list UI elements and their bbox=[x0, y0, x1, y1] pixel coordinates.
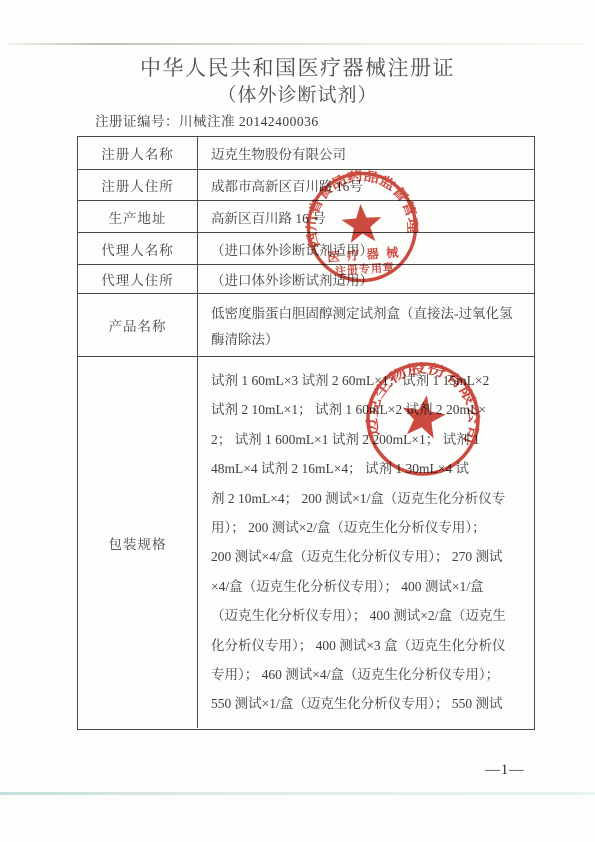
packaging-spec-line: 用）； 200 测试×2/盒（迈克生化分析仪专用）； bbox=[211, 513, 486, 542]
authority-seal: 四川省食品药品监督管理局 医 疗 器 械 注册专用章 bbox=[292, 157, 433, 298]
row-label: 产品名称 bbox=[78, 294, 198, 356]
packaging-spec-line: 200 测试×4/盒（迈克生化分析仪专用）； 270 测试 bbox=[211, 542, 503, 571]
registration-number-label: 注册证编号： bbox=[95, 114, 179, 129]
product-name-line: 低密度脂蛋白胆固醇测定试剂盒（直接法-过氧化氢 bbox=[211, 301, 513, 327]
packaging-spec-line: ×4/盒（迈克生化分析仪专用）； 400 测试×1/盒 bbox=[211, 572, 483, 601]
certificate-page: 中华人民共和国医疗器械注册证 （体外诊断试剂） 注册证编号：川械注准 20142… bbox=[0, 0, 595, 842]
product-name-line: 酶清除法） bbox=[211, 327, 279, 353]
star-icon bbox=[340, 203, 383, 244]
star-icon bbox=[399, 392, 449, 440]
row-label: 代理人名称 bbox=[78, 233, 198, 264]
certificate-subtitle: （体外诊断试剂） bbox=[0, 80, 595, 107]
row-label: 注册人名称 bbox=[78, 137, 198, 169]
company-seal: 迈克生物股份有限公司 bbox=[345, 341, 501, 497]
scan-artifact-line-top bbox=[8, 43, 585, 45]
table-row-product-name: 产品名称 低密度脂蛋白胆固醇测定试剂盒（直接法-过氧化氢 酶清除法） bbox=[78, 294, 534, 357]
certificate-title: 中华人民共和国医疗器械注册证 bbox=[0, 52, 595, 82]
packaging-spec-line: 专用）； 460 测试×4/盒（迈克生化分析仪专用）； bbox=[211, 660, 499, 689]
row-label: 代理人住所 bbox=[78, 265, 198, 293]
row-label: 生产地址 bbox=[78, 201, 198, 232]
row-label: 注册人住所 bbox=[78, 170, 198, 200]
packaging-spec-line: 550 测试×1/盒（迈克生化分析仪专用）； 550 测试 bbox=[211, 689, 503, 718]
packaging-spec-line: （迈克生化分析仪专用）； 400 测试×2/盒（迈克生 bbox=[211, 601, 506, 630]
packaging-spec-line: 化分析仪专用）； 400 测试×3 盒（迈克生化分析仪 bbox=[211, 631, 506, 660]
scan-artifact-line-bottom bbox=[0, 792, 595, 795]
registration-number-value: 川械注准 20142400036 bbox=[179, 114, 319, 129]
row-label: 包装规格 bbox=[78, 357, 198, 728]
page-number: —1— bbox=[455, 762, 555, 779]
registration-number-line: 注册证编号：川械注准 20142400036 bbox=[95, 110, 319, 130]
